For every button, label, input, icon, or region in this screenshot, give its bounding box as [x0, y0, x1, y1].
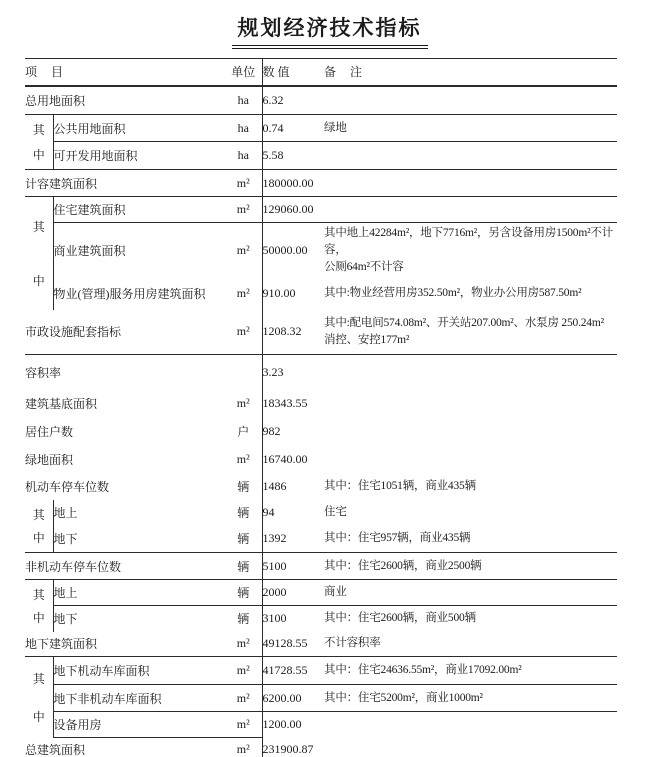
group-label: 其: [33, 506, 45, 523]
value-cell: 1392: [262, 526, 324, 553]
group-label-cell: 其中: [25, 657, 53, 738]
unit-cell: m²: [225, 390, 262, 418]
remark-cell: 绿地: [324, 115, 617, 142]
row-label: 公共用地面积: [53, 115, 225, 142]
row-label: 计容建筑面积: [25, 170, 225, 197]
table-row: 地下辆3100其中：住宅2600辆，商业500辆: [25, 606, 617, 632]
row-label: 商业建筑面积: [53, 223, 225, 278]
value-cell: 0.74: [262, 115, 324, 142]
header-remark: 备 注: [324, 59, 617, 86]
remark-cell: [324, 738, 617, 757]
remark-cell: 不计容积率: [324, 632, 617, 657]
table-row: 市政设施配套指标m²1208.32其中:配电间574.08m²、开关站207.0…: [25, 310, 617, 355]
remark-cell: [324, 86, 617, 115]
remark-cell: 其中：住宅957辆，商业435辆: [324, 526, 617, 553]
group-label: 其: [33, 121, 45, 138]
row-label: 居住户数: [25, 418, 225, 446]
remark-line: 消控、安控177m²: [324, 332, 617, 349]
table-row: 容积率3.23: [25, 355, 617, 390]
value-cell: 6.32: [262, 86, 324, 115]
remark-line: 绿地: [324, 120, 617, 137]
table-row: 计容建筑面积m²180000.00: [25, 170, 617, 197]
value-cell: 5100: [262, 553, 324, 580]
value-cell: 50000.00: [262, 223, 324, 278]
remark-line: 住宅: [324, 504, 617, 521]
unit-cell: 辆: [225, 500, 262, 526]
remark-line: 其中：住宅2600辆，商业2500辆: [324, 558, 617, 575]
remark-line: 不计容积率: [324, 635, 617, 652]
unit-cell: 辆: [225, 580, 262, 606]
row-label: 地下机动车库面积: [53, 657, 225, 685]
remark-line: 其中：住宅957辆，商业435辆: [324, 530, 617, 547]
table-row: 地下建筑面积m²49128.55不计容积率: [25, 632, 617, 657]
unit-cell: 辆: [225, 526, 262, 553]
value-cell: 1200.00: [262, 712, 324, 738]
indicators-table: 项 目 单位 数 值 备 注 总用地面积ha6.32其中公共用地面积ha0.74…: [25, 58, 617, 757]
group-label: 中: [33, 146, 45, 163]
value-cell: 982: [262, 418, 324, 446]
row-label: 地下: [53, 606, 225, 632]
remark-cell: [324, 142, 617, 170]
group-label: 其: [33, 586, 45, 603]
value-cell: 910.00: [262, 278, 324, 310]
header-value: 数 值: [262, 59, 324, 86]
unit-cell: m²: [225, 712, 262, 738]
table-row: 居住户数户982: [25, 418, 617, 446]
table-row: 其中地下机动车库面积m²41728.55其中：住宅24636.55m²，商业17…: [25, 657, 617, 685]
value-cell: 180000.00: [262, 170, 324, 197]
unit-cell: m²: [225, 310, 262, 355]
value-cell: 1208.32: [262, 310, 324, 355]
group-label: 中: [33, 708, 45, 725]
group-label: 其: [33, 218, 45, 235]
row-label: 地下: [53, 526, 225, 553]
row-label: 物业(管理)服务用房建筑面积: [53, 278, 225, 310]
remark-cell: [324, 712, 617, 738]
remark-cell: 其中：住宅2600辆，商业500辆: [324, 606, 617, 632]
unit-cell: m²: [225, 657, 262, 685]
remark-line: 公厕64m²不计容: [324, 259, 617, 276]
document-page: 规划经济技术指标 项 目 单位 数 值 备 注 总用地面积ha6.32其中公共用…: [0, 0, 659, 757]
table-row: 建筑基底面积m²18343.55: [25, 390, 617, 418]
row-label: 地上: [53, 580, 225, 606]
page-title: 规划经济技术指标: [0, 0, 659, 52]
remark-line: 其中:配电间574.08m²、开关站207.00m²、水泵房 250.24m²: [324, 315, 617, 332]
row-label: 非机动车停车位数: [25, 553, 225, 580]
row-label: 绿地面积: [25, 446, 225, 474]
unit-cell: m²: [225, 170, 262, 197]
remark-line: 其中：住宅2600辆，商业500辆: [324, 610, 617, 627]
row-label: 容积率: [25, 355, 225, 390]
row-label: 地上: [53, 500, 225, 526]
unit-cell: [225, 355, 262, 390]
group-label: 中: [33, 272, 45, 289]
unit-cell: m²: [225, 278, 262, 310]
unit-cell: 辆: [225, 553, 262, 580]
unit-cell: 辆: [225, 474, 262, 500]
remark-cell: [324, 170, 617, 197]
table-row: 总建筑面积m²231900.87: [25, 738, 617, 757]
header-row: 项 目 单位 数 值 备 注: [25, 59, 617, 86]
unit-cell: m²: [225, 446, 262, 474]
remark-cell: 住宅: [324, 500, 617, 526]
group-label-cell: 其中: [25, 197, 53, 310]
table-row: 非机动车停车位数辆5100其中：住宅2600辆，商业2500辆: [25, 553, 617, 580]
header-item: 项 目: [25, 59, 225, 86]
remark-line: 商业: [324, 584, 617, 601]
header-unit: 单位: [225, 59, 262, 86]
group-label-cell: 其中: [25, 115, 53, 170]
value-cell: 1486: [262, 474, 324, 500]
remark-line: 其中：住宅5200m²，商业1000m²: [324, 690, 617, 707]
row-label: 机动车停车位数: [25, 474, 225, 500]
group-label: 中: [33, 609, 45, 626]
remark-cell: 其中：住宅5200m²，商业1000m²: [324, 685, 617, 712]
remark-line: 其中:物业经营用房352.50m²，物业办公用房587.50m²: [324, 285, 617, 302]
row-label: 设备用房: [53, 712, 225, 738]
group-label: 中: [33, 529, 45, 546]
remark-cell: [324, 197, 617, 223]
group-label-cell: 其中: [25, 500, 53, 553]
table-row: 机动车停车位数辆1486其中：住宅1051辆，商业435辆: [25, 474, 617, 500]
remark-line: 其中地上42284m²，地下7716m²，另含设备用房1500m²不计容，: [324, 225, 617, 259]
table-row: 绿地面积m²16740.00: [25, 446, 617, 474]
table-row: 总用地面积ha6.32: [25, 86, 617, 115]
value-cell: 3100: [262, 606, 324, 632]
row-label: 地下建筑面积: [25, 632, 225, 657]
unit-cell: ha: [225, 115, 262, 142]
unit-cell: ha: [225, 86, 262, 115]
table-row: 商业建筑面积m²50000.00其中地上42284m²，地下7716m²，另含设…: [25, 223, 617, 278]
value-cell: 18343.55: [262, 390, 324, 418]
remark-cell: 其中:物业经营用房352.50m²，物业办公用房587.50m²: [324, 278, 617, 310]
unit-cell: m²: [225, 738, 262, 757]
value-cell: 3.23: [262, 355, 324, 390]
remark-cell: [324, 355, 617, 390]
unit-cell: m²: [225, 197, 262, 223]
value-cell: 49128.55: [262, 632, 324, 657]
row-label: 总建筑面积: [25, 738, 225, 757]
table-row: 物业(管理)服务用房建筑面积m²910.00其中:物业经营用房352.50m²，…: [25, 278, 617, 310]
group-label: 其: [33, 670, 45, 687]
remark-line: 其中：住宅1051辆，商业435辆: [324, 478, 617, 495]
table-row: 其中地上辆94住宅: [25, 500, 617, 526]
table-row: 设备用房m²1200.00: [25, 712, 617, 738]
value-cell: 6200.00: [262, 685, 324, 712]
group-label-cell: 其中: [25, 580, 53, 632]
unit-cell: ha: [225, 142, 262, 170]
table-row: 其中公共用地面积ha0.74绿地: [25, 115, 617, 142]
value-cell: 94: [262, 500, 324, 526]
remark-cell: 其中：住宅2600辆，商业2500辆: [324, 553, 617, 580]
remark-cell: 其中:配电间574.08m²、开关站207.00m²、水泵房 250.24m²消…: [324, 310, 617, 355]
unit-cell: 辆: [225, 606, 262, 632]
remark-cell: [324, 446, 617, 474]
row-label: 可开发用地面积: [53, 142, 225, 170]
table-row: 地下非机动车库面积m²6200.00其中：住宅5200m²，商业1000m²: [25, 685, 617, 712]
remark-cell: [324, 418, 617, 446]
value-cell: 2000: [262, 580, 324, 606]
row-label: 地下非机动车库面积: [53, 685, 225, 712]
row-label: 建筑基底面积: [25, 390, 225, 418]
unit-cell: m²: [225, 632, 262, 657]
row-label: 总用地面积: [25, 86, 225, 115]
remark-cell: 其中：住宅1051辆，商业435辆: [324, 474, 617, 500]
remark-cell: 商业: [324, 580, 617, 606]
unit-cell: m²: [225, 685, 262, 712]
value-cell: 41728.55: [262, 657, 324, 685]
row-label: 住宅建筑面积: [53, 197, 225, 223]
table-row: 地下辆1392其中：住宅957辆，商业435辆: [25, 526, 617, 553]
table-row: 其中住宅建筑面积m²129060.00: [25, 197, 617, 223]
row-label: 市政设施配套指标: [25, 310, 225, 355]
value-cell: 231900.87: [262, 738, 324, 757]
remark-line: 其中：住宅24636.55m²，商业17092.00m²: [324, 662, 617, 679]
unit-cell: 户: [225, 418, 262, 446]
table-row: 其中地上辆2000商业: [25, 580, 617, 606]
value-cell: 129060.00: [262, 197, 324, 223]
value-cell: 16740.00: [262, 446, 324, 474]
page-title-text: 规划经济技术指标: [232, 12, 428, 49]
unit-cell: m²: [225, 223, 262, 278]
remark-cell: 其中地上42284m²，地下7716m²，另含设备用房1500m²不计容，公厕6…: [324, 223, 617, 278]
remark-cell: [324, 390, 617, 418]
value-cell: 5.58: [262, 142, 324, 170]
remark-cell: 其中：住宅24636.55m²，商业17092.00m²: [324, 657, 617, 685]
table-row: 可开发用地面积ha5.58: [25, 142, 617, 170]
